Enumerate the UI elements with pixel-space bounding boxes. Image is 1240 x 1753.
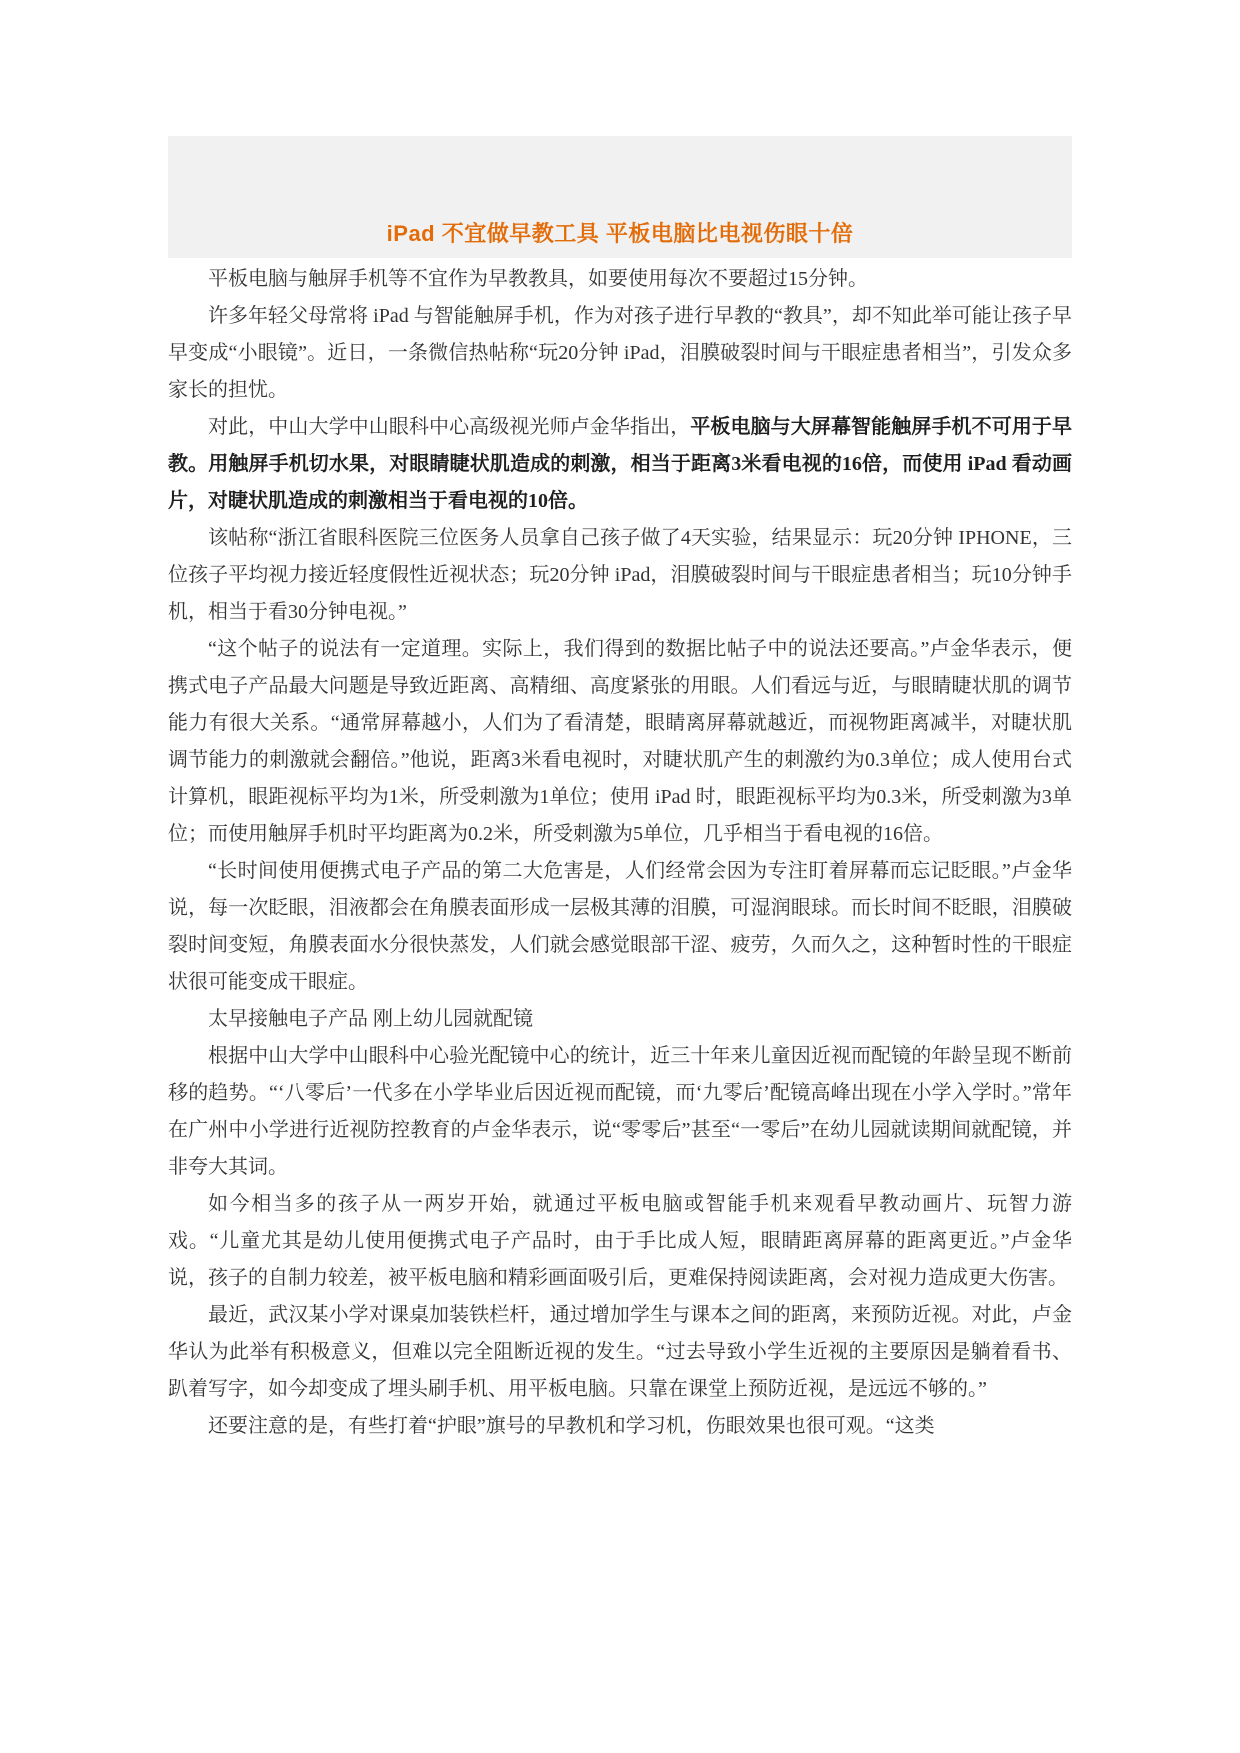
title-band: iPad 不宜做早教工具 平板电脑比电视伤眼十倍 [168, 136, 1072, 258]
paragraph-segment: 该帖称“浙江省眼科医院三位医务人员拿自己孩子做了4天实验，结果显示：玩20分钟 … [168, 527, 1072, 623]
paragraph-segment: “长时间使用便携式电子产品的第二大危害是，人们经常会因为专注盯着屏幕而忘记眨眼。… [168, 860, 1072, 993]
paragraph: 如今相当多的孩子从一两岁开始，就通过平板电脑或智能手机来观看早教动画片、玩智力游… [168, 1186, 1072, 1297]
paragraph: 平板电脑与触屏手机等不宜作为早教教具，如要使用每次不要超过15分钟。 [168, 261, 1072, 298]
paragraph: “这个帖子的说法有一定道理。实际上，我们得到的数据比帖子中的说法还要高。”卢金华… [168, 631, 1072, 853]
section-subheading: 太早接触电子产品 刚上幼儿园就配镜 [168, 1001, 1072, 1038]
paragraph-segment: 许多年轻父母常将 iPad 与智能触屏手机，作为对孩子进行早教的“教具”，却不知… [168, 305, 1072, 401]
article-title: iPad 不宜做早教工具 平板电脑比电视伤眼十倍 [178, 220, 1062, 248]
paragraph: 还要注意的是，有些打着“护眼”旗号的早教机和学习机，伤眼效果也很可观。“这类 [168, 1408, 1072, 1445]
paragraph-segment: 对此，中山大学中山眼科中心高级视光师卢金华指出， [208, 416, 690, 438]
paragraph-segment: 太早接触电子产品 刚上幼儿园就配镜 [208, 1008, 533, 1030]
paragraph-segment: 最近，武汉某小学对课桌加装铁栏杆，通过增加学生与课本之间的距离，来预防近视。对此… [168, 1304, 1072, 1400]
paragraph-segment: “这个帖子的说法有一定道理。实际上，我们得到的数据比帖子中的说法还要高。”卢金华… [168, 638, 1072, 845]
paragraph-segment: 根据中山大学中山眼科中心验光配镜中心的统计，近三十年来儿童因近视而配镜的年龄呈现… [168, 1045, 1072, 1178]
paragraph: 最近，武汉某小学对课桌加装铁栏杆，通过增加学生与课本之间的距离，来预防近视。对此… [168, 1297, 1072, 1408]
paragraph-segment: 如今相当多的孩子从一两岁开始，就通过平板电脑或智能手机来观看早教动画片、玩智力游… [168, 1193, 1072, 1289]
article-body: 平板电脑与触屏手机等不宜作为早教教具，如要使用每次不要超过15分钟。许多年轻父母… [168, 261, 1072, 1445]
document-page: iPad 不宜做早教工具 平板电脑比电视伤眼十倍 平板电脑与触屏手机等不宜作为早… [0, 0, 1240, 1753]
paragraph: 根据中山大学中山眼科中心验光配镜中心的统计，近三十年来儿童因近视而配镜的年龄呈现… [168, 1038, 1072, 1186]
paragraph: 对此，中山大学中山眼科中心高级视光师卢金华指出，平板电脑与大屏幕智能触屏手机不可… [168, 409, 1072, 520]
paragraph: “长时间使用便携式电子产品的第二大危害是，人们经常会因为专注盯着屏幕而忘记眨眼。… [168, 853, 1072, 1001]
paragraph-segment: 还要注意的是，有些打着“护眼”旗号的早教机和学习机，伤眼效果也很可观。“这类 [208, 1415, 935, 1437]
paragraph: 该帖称“浙江省眼科医院三位医务人员拿自己孩子做了4天实验，结果显示：玩20分钟 … [168, 520, 1072, 631]
paragraph: 许多年轻父母常将 iPad 与智能触屏手机，作为对孩子进行早教的“教具”，却不知… [168, 298, 1072, 409]
paragraph-segment: 平板电脑与触屏手机等不宜作为早教教具，如要使用每次不要超过15分钟。 [208, 268, 868, 290]
